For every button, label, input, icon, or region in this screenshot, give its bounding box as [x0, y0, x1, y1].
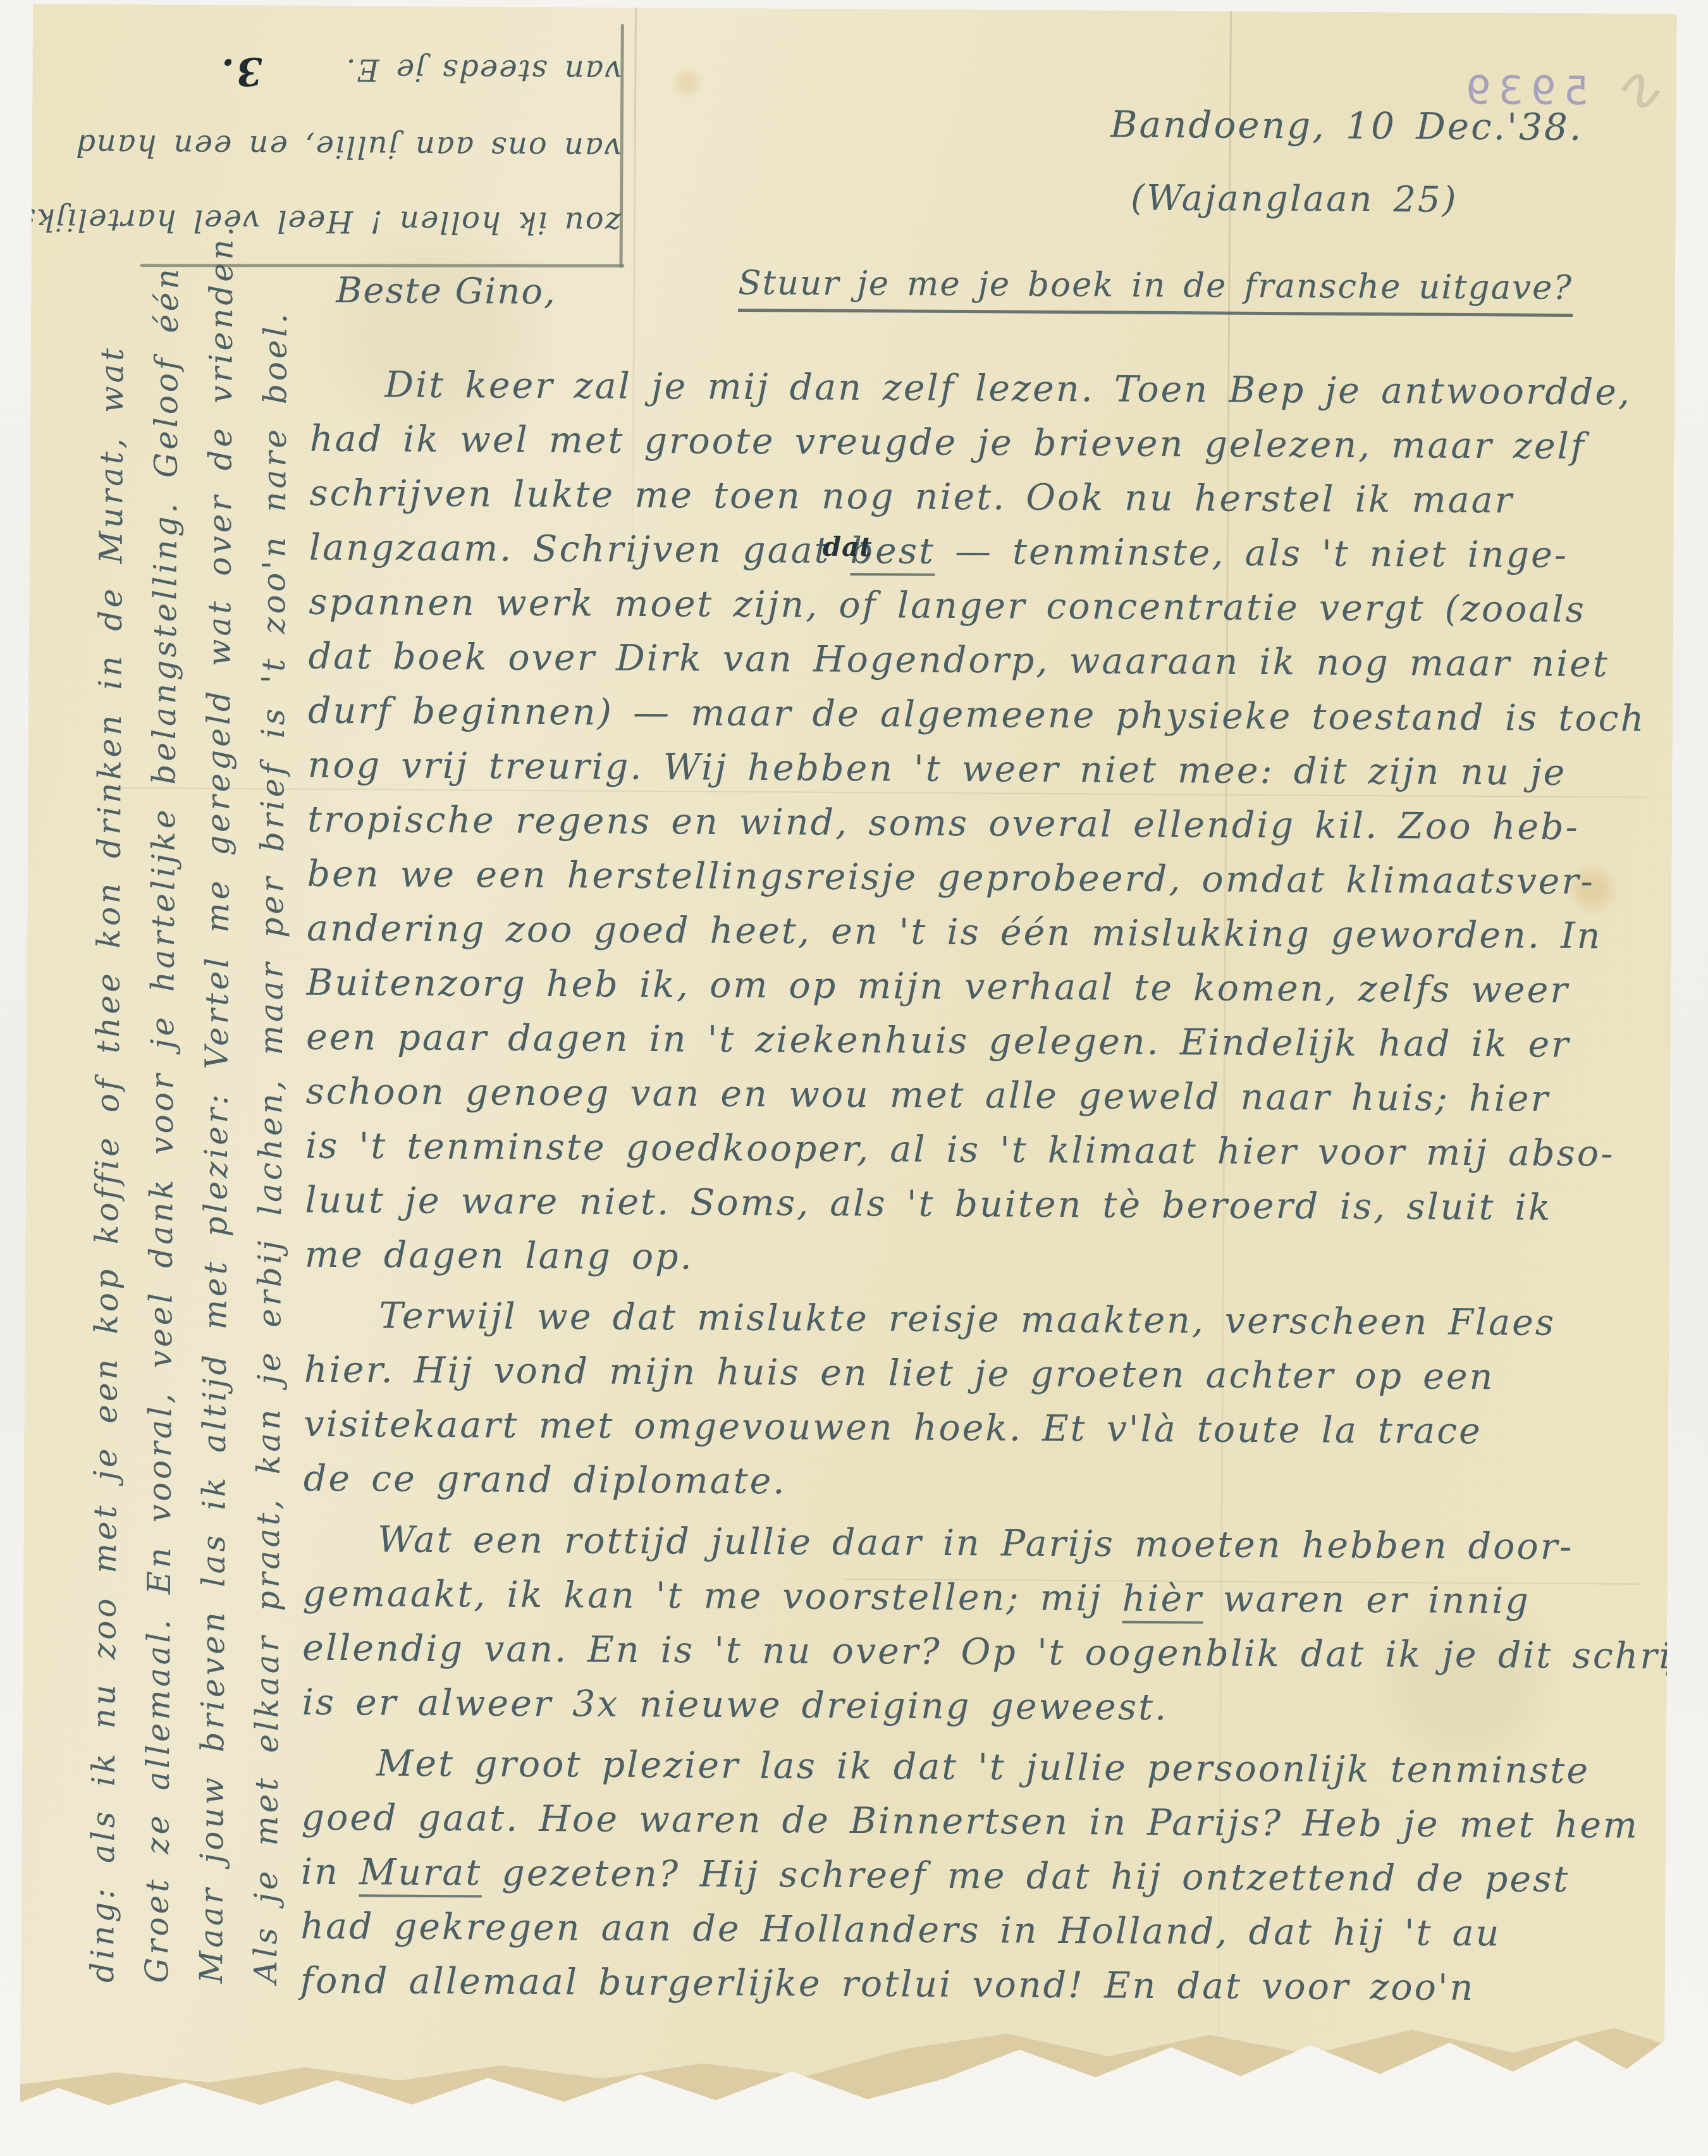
handwritten-line: tropische regens en wind, soms overal el… — [307, 792, 1686, 855]
handwritten-line: spannen werk moet zijn, of langer concen… — [309, 575, 1687, 638]
letter-page: zou ik hollen ! Heel veel hartelijks van… — [20, 4, 1677, 2124]
handwritten-line: durf beginnen) — maar de algemeene physi… — [308, 684, 1686, 746]
handwritten-line: dat boek over Dirk van Hogendorp, waaraa… — [308, 629, 1686, 692]
handwritten-line: langzaam. Schrijven gaat best — tenminst… — [309, 521, 1688, 583]
inserted-word: dat — [823, 520, 873, 574]
handwritten-line: een paar dagen in 't ziekenhuis gelegen.… — [306, 1010, 1685, 1073]
handwritten-line: me dagen lang op. — [305, 1228, 1683, 1290]
handwritten-line: schoon genoeg van en wou met alle geweld… — [305, 1064, 1684, 1127]
handwritten-line: had gekregen aan de Hollanders in Hollan… — [300, 1899, 1679, 1962]
vertical-margin-note: ding: als ik nu zoo met je een kop koffi… — [75, 35, 305, 1984]
handwritten-line: visitekaart met omgevouwen hoek. Et v'là… — [304, 1397, 1682, 1460]
letter-body: dat Dit keer zal je mij dan zelf lezen. … — [300, 357, 1689, 2016]
handwritten-line: nog vrij treurig. Wij hebben 't weer nie… — [307, 738, 1686, 801]
handwritten-line: ellendig van. En is 't nu over? Op 't oo… — [302, 1621, 1681, 1684]
address-line: (Wajanglaan 25) — [1131, 178, 1458, 221]
handwritten-line: goed gaat. Hoe waren de Binnertsen in Pa… — [301, 1790, 1680, 1853]
handwritten-line: Buitenzorg heb ik, om op mijn verhaal te… — [306, 956, 1685, 1018]
handwritten-line: is 't tenminste goedkooper, al is 't kli… — [305, 1119, 1684, 1181]
handwritten-line: had ik wel met groote vreugde je brieven… — [310, 412, 1688, 474]
handwritten-line: is er alweer 3x nieuwe dreiging geweest. — [302, 1675, 1680, 1738]
handwritten-line: ben we een herstellingsreisje geprobeerd… — [307, 847, 1685, 909]
underlined-question: Stuur je me je boek in de fransche uitga… — [738, 264, 1573, 317]
handwritten-line: andering zoo goed heet, en 't is één mis… — [307, 901, 1685, 964]
handwritten-line: Terwijl we dat mislukte reisje maakten, … — [304, 1288, 1683, 1351]
handwritten-line: in Murat gezeten? Hij schreef me dat hij… — [301, 1845, 1680, 1907]
pencil-rule-vertical — [619, 24, 624, 268]
handwritten-line: de ce grand diplomate. — [304, 1451, 1682, 1514]
handwritten-line: schrijven lukte me toen nog niet. Ook nu… — [309, 466, 1688, 529]
underlined-word: Murat — [359, 1851, 482, 1897]
handwritten-line: Met groot plezier las ik dat 't jullie p… — [302, 1736, 1680, 1799]
pencil-scribble: ∿ — [1615, 54, 1676, 132]
handwritten-line: fond allemaal burgerlijke rotlui vond! E… — [300, 1954, 1679, 2016]
handwritten-line: Dit keer zal je mij dan zelf lezen. Toen… — [310, 357, 1688, 420]
salutation: Beste Gino, — [336, 270, 556, 312]
handwritten-line: gemaakt, ik kan 't me voorstellen; mij h… — [302, 1567, 1681, 1629]
handwritten-line: Wat een rottijd jullie daar in Parijs mo… — [303, 1512, 1681, 1575]
dateline: Bandoeng, 10 Dec.'38. — [1110, 102, 1583, 149]
handwritten-margin-line: Als je met elkaar praat, kan je erbij la… — [238, 35, 305, 1983]
handwritten-line: luut je ware niet. Soms, als 't buiten t… — [305, 1173, 1683, 1236]
underlined-word: hièr — [1122, 1578, 1203, 1624]
handwritten-line: hier. Hij vond mijn huis en liet je groe… — [304, 1343, 1683, 1405]
